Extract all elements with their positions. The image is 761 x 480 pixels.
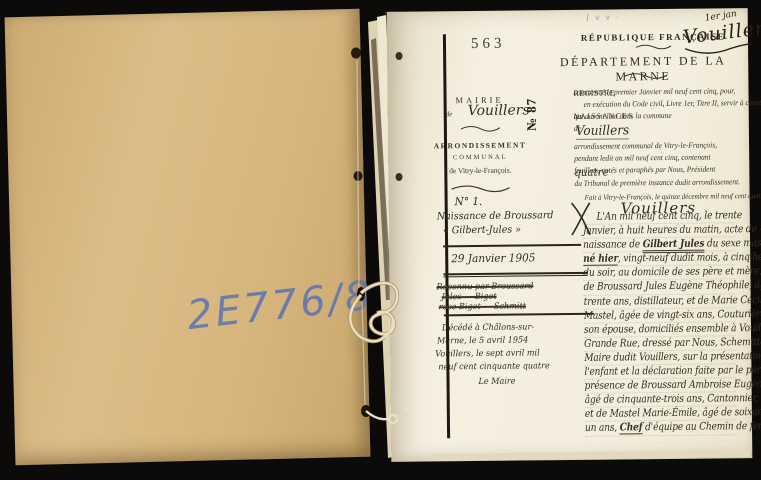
flourish [450, 185, 510, 194]
arrondissement-label: ARRONDISSEMENT [420, 140, 540, 150]
record-number: N° 1. [455, 195, 483, 208]
registre-line-1-text: commencé le premier Janvier mil neuf cen… [573, 86, 735, 97]
registre-line-3c: qui auront lieu dans la commune [574, 111, 672, 121]
registre-line-8: du Tribunal de première instance dudit a… [574, 177, 756, 188]
page-number-stamp: 563 [471, 36, 506, 53]
act-text-line: naissance de Gilbert Jules du sexe mascu… [583, 237, 734, 253]
communal-label: COMMUNAL [420, 153, 540, 161]
act-text-line: Janvier, à huit heures du matin, acte de… [583, 223, 734, 239]
registre-line-3: les NAISSANCES qui auront lieu dans la c… [574, 110, 756, 112]
pencil-marks: ʃ v v · [587, 13, 621, 21]
signature-flourish [683, 40, 753, 53]
registre-line-5: arrondissement communal de Vitry-le-Fran… [574, 140, 756, 151]
flourish [460, 125, 500, 132]
number-87-stamp: № 87 [524, 94, 564, 134]
death-note-2: Marne, le 5 avril 1954 [437, 335, 528, 346]
death-note-1: Décédé à Châlons-sur- [442, 322, 534, 333]
act-text-line: Maire dudit Vouillers, sur la présentati… [584, 350, 735, 366]
death-note-3: Vouillers, le sept avril mil [435, 348, 540, 359]
death-note-4: neuf cent cinquante quatre [438, 361, 550, 372]
departement-heading: DÉPARTEMENT DE LA MARNE [533, 53, 753, 85]
commune-name-registre: Vouillers [576, 123, 630, 140]
margin-date: 29 Janvier 1905 [451, 251, 535, 265]
struck-note-3: rose Bigot — Schmitt [439, 301, 526, 312]
margin-title-2: « Gilbert-Jules » [443, 225, 521, 237]
struck-note-1: Reconnu par Broussard [436, 281, 533, 292]
act-text-line: présence de Broussard Ambroise Eugène, [585, 378, 736, 394]
struck-note-2: Jules — Bigot [442, 292, 497, 303]
flourish [635, 44, 671, 50]
margin-title-1: Naissance de Broussard [437, 210, 554, 222]
registre-line-1: REGISTRE commencé le premier Janvier mil… [573, 86, 755, 88]
registre-line-4: de Vouillers [574, 122, 756, 142]
act-text-line: l'enfant et la déclaration faite par le … [584, 364, 735, 380]
act-text-line: âgé de cinquante-trois ans, Cantonnier, [585, 392, 736, 408]
registre-line-7b: feuillets, cotés et paraphés par Nous, P… [574, 164, 715, 174]
act-text-line: un ans, Chef d'équipe au Chemin de fer, [585, 421, 736, 437]
vitry-le-francois-label: de Vitry-le-François. [420, 165, 540, 175]
death-note-signoff: Le Maire [478, 377, 515, 387]
act-text-line: et de Mastel Marie-Émile, âgé de soixant… [585, 407, 736, 423]
margin-rule [443, 275, 587, 278]
registre-line-7: quatre feuillets, cotés et paraphés par … [574, 164, 756, 166]
flourish [623, 72, 667, 79]
scanned-register-photo: 2E776/8 563 ʃ v v · RÉPUBLIQUE FRANÇAISE… [0, 0, 761, 480]
registre-line-2: en exécution du Code civil, Livre 1er, T… [584, 98, 761, 109]
birth-act-text: L'An mil neuf cent cinq, le trenteJanvie… [583, 209, 761, 436]
margin-rule [443, 244, 581, 247]
margin-rule [444, 313, 594, 317]
register-title-page: 563 ʃ v v · RÉPUBLIQUE FRANÇAISE 1er jan… [387, 8, 753, 462]
registre-line-6: pendant ledit an mil neuf cent cinq, con… [574, 152, 756, 163]
mairie-de-label: de [446, 110, 453, 118]
act-text-line: L'An mil neuf cent cinq, le trente [583, 209, 734, 225]
